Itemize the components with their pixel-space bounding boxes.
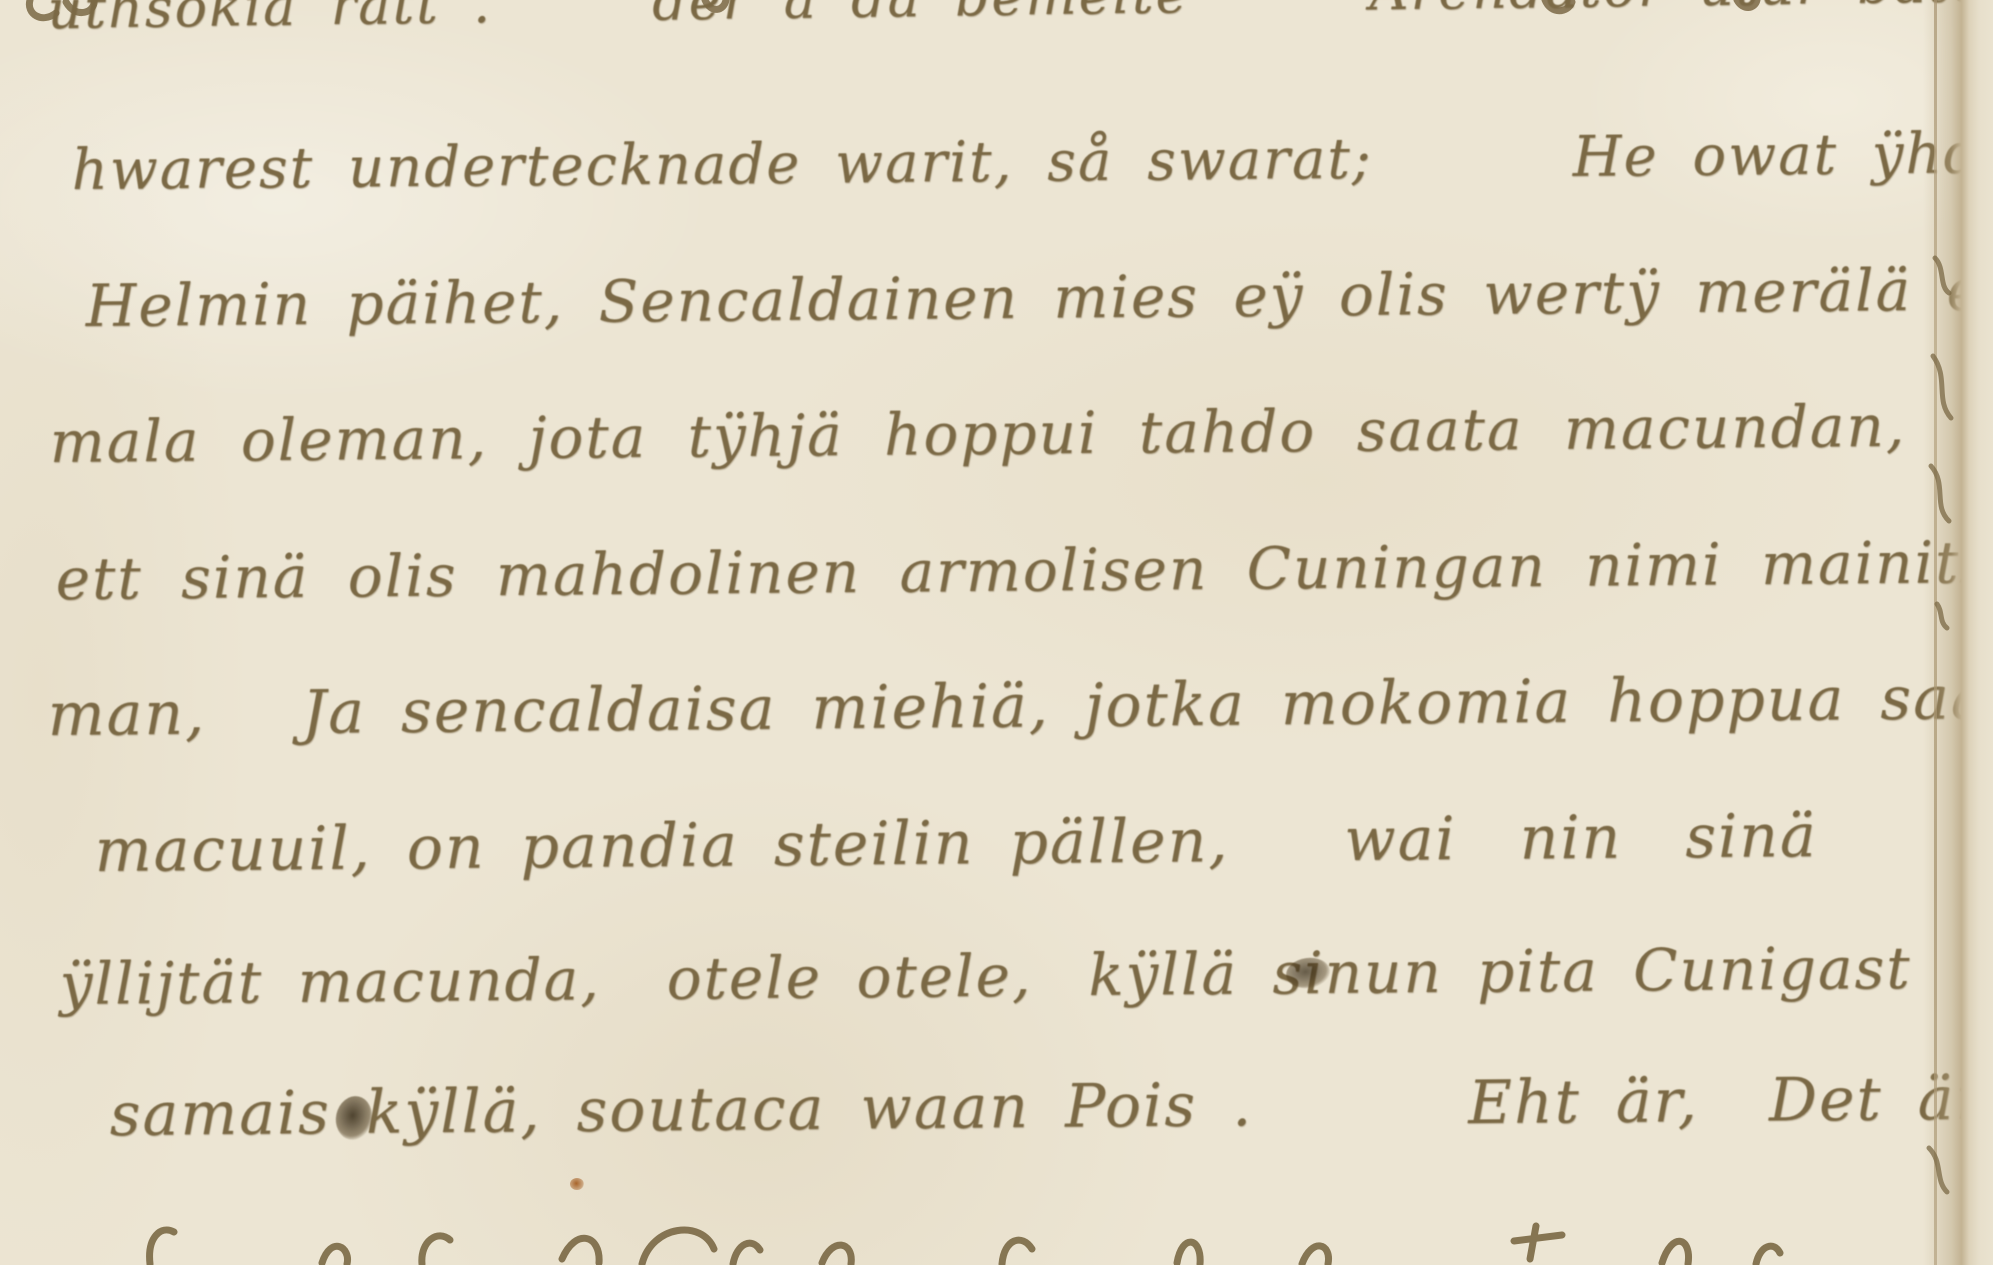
line-segment: der å då bemelte <box>652 0 1190 33</box>
manuscript-line: Helmin päihet, Sencaldainen mies eÿ olis… <box>85 255 1993 340</box>
line-segment: hwarest undertecknade warit, så swarat; <box>71 127 1373 203</box>
rust-stain <box>570 1178 584 1190</box>
line-segment: Arendator utur baten, <box>1369 0 1993 23</box>
line-segment: Ja sencaldaisa miehiä, jotka mokomia hop… <box>302 663 1993 748</box>
manuscript-line: uthsökia rätt .der å då bemelteArendator… <box>47 0 1993 41</box>
line-segment: samais kÿllä, soutaca waan Pois . <box>109 1070 1253 1150</box>
line-segment: man, <box>47 679 206 750</box>
line-segment: Eht är, Det är en <box>1468 1063 1993 1139</box>
manuscript-line: ÿllijtät macunda,otele otele,kÿllä sinun… <box>59 934 1911 1018</box>
line-segment: kÿllä sinun pita Cunigast <box>1088 934 1912 1009</box>
handwritten-text-block: uthsökia rätt .der å då bemelteArendator… <box>0 0 1993 1265</box>
page-edge-shadow <box>1934 0 1937 1265</box>
line-segment: Helmin päihet, Sencaldainen mies eÿ olis… <box>85 255 1993 340</box>
manuscript-line: man,Ja sencaldaisa miehiä, jotka mokomia… <box>47 661 1993 750</box>
line-segment: mala oleman, jota tÿhjä hoppui tahdo saa… <box>49 392 1906 476</box>
manuscript-page: uthsökia rätt .der å då bemelteArendator… <box>0 0 1993 1265</box>
manuscript-line: samais kÿllä, soutaca waan Pois .Eht är,… <box>109 1063 1993 1150</box>
manuscript-line: ett sinä olis mahdolinen armolisen Cunin… <box>55 528 1993 613</box>
line-segment: ett sinä olis mahdolinen armolisen Cunin… <box>55 528 1993 613</box>
manuscript-line: hwarest undertecknade warit, så swarat;H… <box>71 121 1993 203</box>
line-segment: ÿllijtät macunda, <box>59 945 601 1018</box>
line-segment: otele otele, <box>666 942 1032 1013</box>
line-segment: wai nin sinä <box>1344 801 1818 875</box>
manuscript-line: macuuil, on pandia steilin pällen,wai ni… <box>94 801 1818 886</box>
manuscript-line: mala oleman, jota tÿhjä hoppui tahdo saa… <box>49 392 1906 476</box>
line-segment: macuuil, on pandia steilin pällen, <box>94 806 1229 886</box>
line-segment: uthsökia rätt . <box>47 0 492 41</box>
